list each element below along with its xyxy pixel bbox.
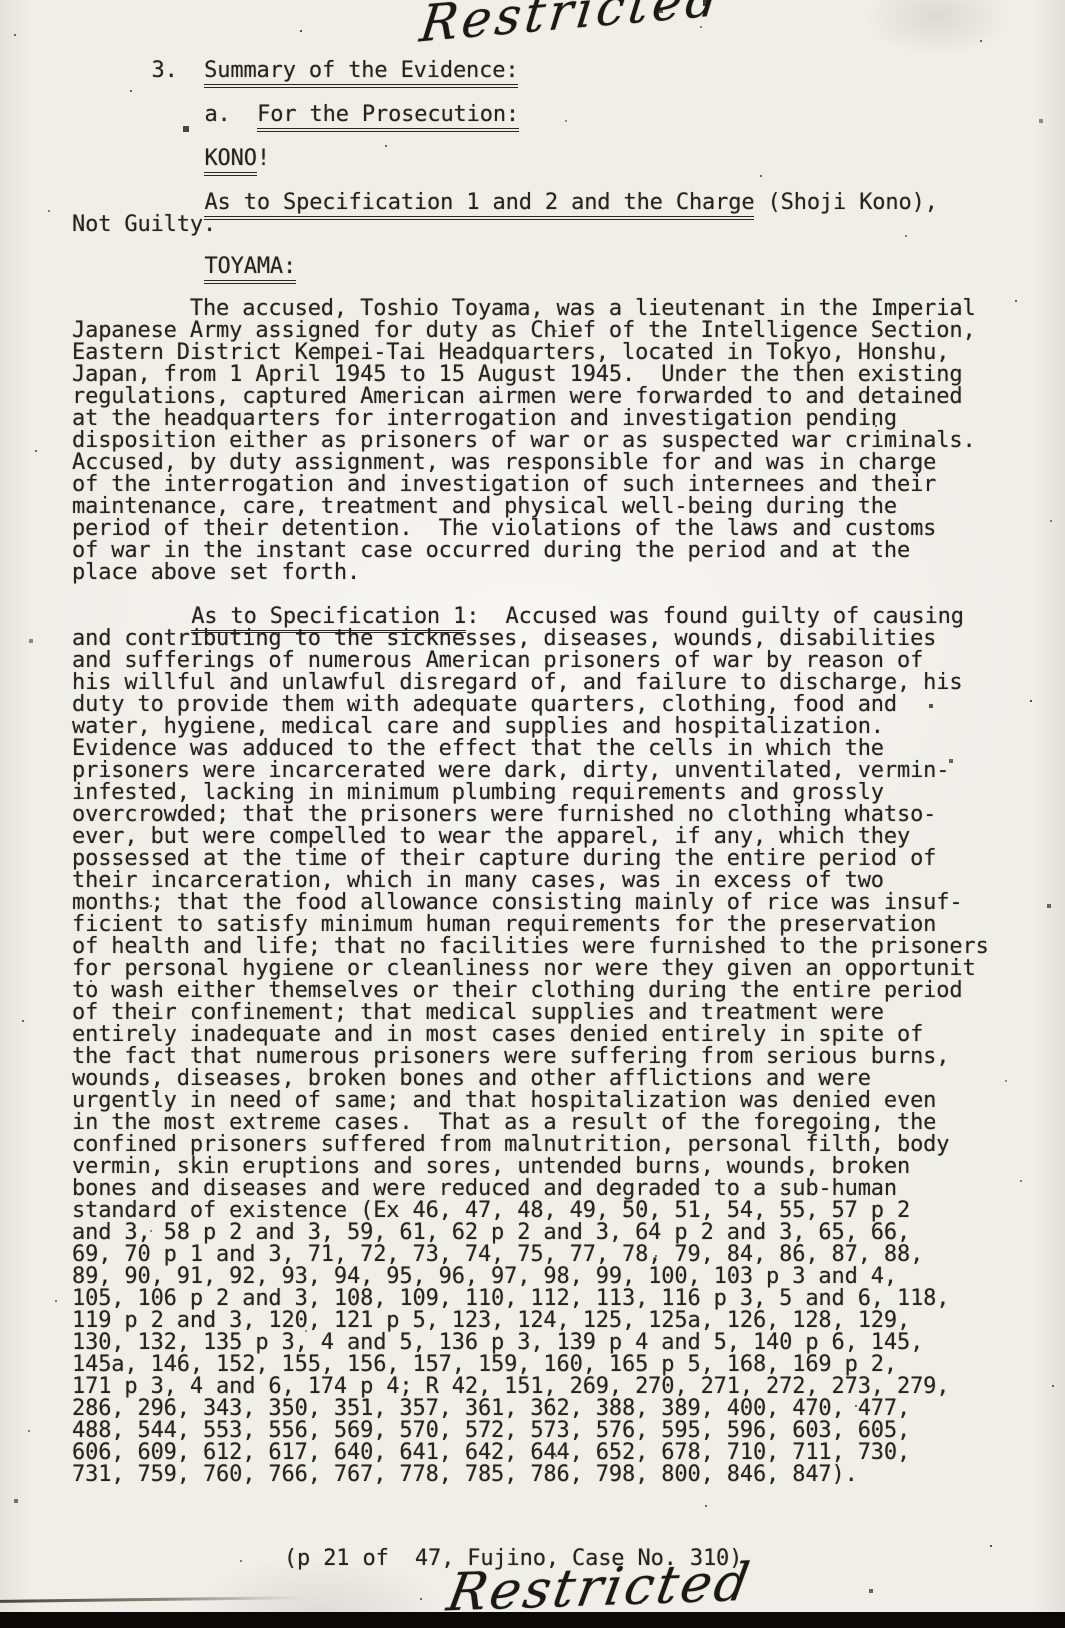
toyama-heading: TOYAMA: bbox=[204, 254, 296, 284]
not-guilty-line: Not Guilty. bbox=[72, 214, 216, 236]
spec1-lead-line: As to Specification 1: Accused was found… bbox=[72, 606, 964, 628]
toyama-background-paragraph: The accused, Toshio Toyama, was a lieute… bbox=[72, 298, 976, 584]
kono-heading-line: KONO! bbox=[72, 148, 270, 170]
kono-heading-mark: ! bbox=[257, 146, 270, 171]
section-title: Summary of the Evidence: bbox=[204, 58, 518, 88]
kono-heading: KONO bbox=[204, 146, 256, 176]
spec1-paragraph: and contributing to the sicknesses, dise… bbox=[72, 628, 989, 1486]
document-page: Restricted 3.Summary of the Evidence: a.… bbox=[0, 0, 1065, 1628]
toyama-heading-line: TOYAMA: bbox=[72, 256, 296, 278]
scan-edge-bar bbox=[0, 1612, 1065, 1628]
scan-noise-speckles bbox=[0, 0, 2, 2]
subsection-letter: a. bbox=[204, 102, 230, 127]
kono-finding-underlined: As to Specification 1 and 2 and the Char… bbox=[204, 190, 754, 220]
subsection-title: For the Prosecution: bbox=[257, 102, 519, 132]
scan-crease-mark bbox=[0, 1596, 300, 1603]
kono-finding-rest: (Shoji Kono), bbox=[754, 190, 937, 215]
handwritten-restricted-stamp-top: Restricted bbox=[417, 0, 726, 54]
subsection-heading-line: a.For the Prosecution: bbox=[72, 104, 519, 126]
section-heading-line: 3.Summary of the Evidence: bbox=[72, 60, 518, 82]
section-number: 3. bbox=[151, 58, 177, 83]
kono-finding-line: As to Specification 1 and 2 and the Char… bbox=[72, 192, 938, 214]
